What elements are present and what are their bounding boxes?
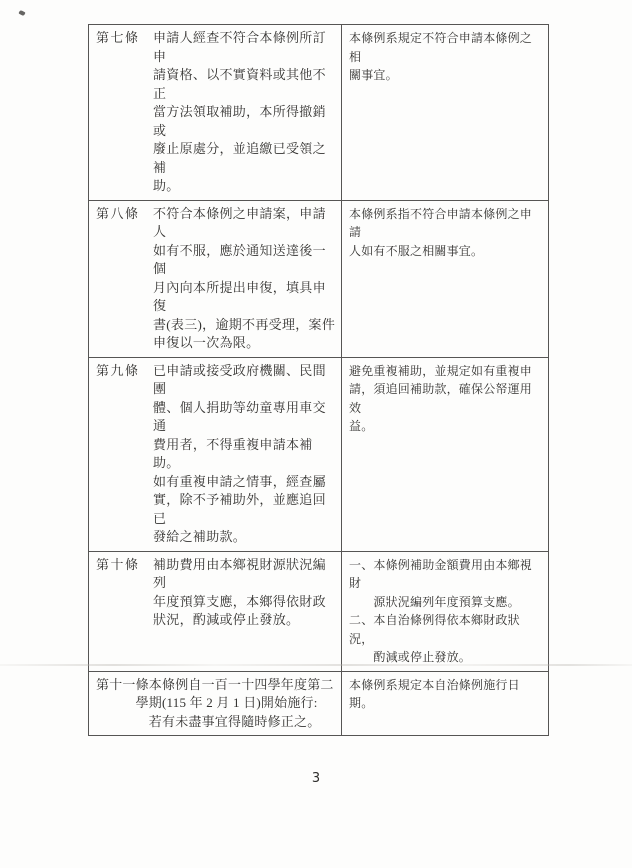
article-text: 補助費用由本鄉視財源狀況編列 年度預算支應，本鄉得依財政 狀況，酌減或停止發放。 [153,556,336,630]
explanation-text: 避免重複補助，並規定如有重複申 請，須追回補助款，確保公帑運用效 益。 [349,362,543,436]
table-row: 第七條 申請人經查不符合本條例所訂申 請資格、以不實資料或其他不正 當方法領取補… [89,25,549,201]
explanation-text: 一、本條例補助金額費用由本鄉視財 源狀況編列年度預算支應。 二、本自治條例得依本… [349,556,543,667]
article-cell: 第七條 申請人經查不符合本條例所訂申 請資格、以不實資料或其他不正 當方法領取補… [89,25,342,201]
scan-crease-line [0,664,632,666]
page-number: 3 [0,771,632,786]
table-row: 第九條 已申請或接受政府機關、民間團 體、個人捐助等幼童專用車交通 費用者，不得… [89,357,549,551]
article-text: 申請人經查不符合本條例所訂申 請資格、以不實資料或其他不正 當方法領取補助，本所… [153,29,336,196]
explanation-cell: 本條例系指不符合申請本條例之申請 人如有不服之相關事宜。 [342,200,549,357]
article-text: 已申請或接受政府機關、民間團 體、個人捐助等幼童專用車交通 費用者，不得重複申請… [153,362,336,547]
table-body: 第七條 申請人經查不符合本條例所訂申 請資格、以不實資料或其他不正 當方法領取補… [89,25,549,736]
article-number: 第十條 [96,556,140,575]
article-number: 第九條 [96,362,140,381]
article-text: 第十一條本條例自一百一十四學年度第二 學期(115 年 2 月 1 日)開始施行… [96,676,336,732]
article-cell: 第八條 不符合本條例之申請案，申請人 如有不服，應於通知送達後一個 月內向本所提… [89,200,342,357]
explanation-text: 本條例系規定本自治條例施行日 期。 [349,676,543,713]
article-text: 不符合本條例之申請案，申請人 如有不服，應於通知送達後一個 月內向本所提出申復，… [153,205,336,353]
table-row: 第八條 不符合本條例之申請案，申請人 如有不服，應於通知送達後一個 月內向本所提… [89,200,549,357]
article-cell: 第十一條本條例自一百一十四學年度第二 學期(115 年 2 月 1 日)開始施行… [89,671,342,736]
explanation-cell: 一、本條例補助金額費用由本鄉視財 源狀況編列年度預算支應。 二、本自治條例得依本… [342,551,549,671]
table-row: 第十一條本條例自一百一十四學年度第二 學期(115 年 2 月 1 日)開始施行… [89,671,549,736]
regulation-table: 第七條 申請人經查不符合本條例所訂申 請資格、以不實資料或其他不正 當方法領取補… [88,24,549,736]
article-cell: 第九條 已申請或接受政府機關、民間團 體、個人捐助等幼童專用車交通 費用者，不得… [89,357,342,551]
scan-speck [18,10,25,16]
explanation-text: 本條例系指不符合申請本條例之申請 人如有不服之相關事宜。 [349,205,543,261]
table-row: 第十條 補助費用由本鄉視財源狀況編列 年度預算支應，本鄉得依財政 狀況，酌減或停… [89,551,549,671]
explanation-cell: 本條例系規定不符合申請本條例之相 關事宜。 [342,25,549,201]
explanation-cell: 避免重複補助，並規定如有重複申 請，須追回補助款，確保公帑運用效 益。 [342,357,549,551]
explanation-text: 本條例系規定不符合申請本條例之相 關事宜。 [349,29,543,85]
article-cell: 第十條 補助費用由本鄉視財源狀況編列 年度預算支應，本鄉得依財政 狀況，酌減或停… [89,551,342,671]
article-number: 第七條 [96,29,140,48]
article-number: 第八條 [96,205,140,224]
explanation-cell: 本條例系規定本自治條例施行日 期。 [342,671,549,736]
